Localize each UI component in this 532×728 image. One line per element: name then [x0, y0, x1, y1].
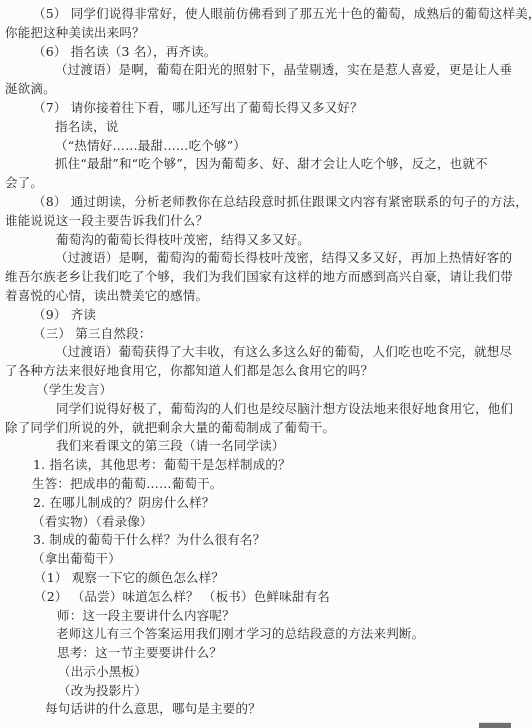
document-text-block: （5） 同学们说得非常好，使人眼前仿佛看到了那五光十色的葡萄，成熟后的葡萄这样美… — [0, 5, 532, 719]
text-line: 涎欲滴。 — [0, 80, 532, 99]
text-line: （7） 请你接着往下看，哪儿还写出了葡萄长得又多又好？ — [0, 99, 532, 118]
document-page: （5） 同学们说得非常好，使人眼前仿佛看到了那五光十色的葡萄，成熟后的葡萄这样美… — [0, 0, 532, 728]
text-line: 老师这儿有三个答案运用我们刚才学习的总结段意的方法来判断。 — [0, 625, 532, 644]
text-line: 了各种方法来很好地食用它，你都知道人们都是怎么食用它的吗？ — [0, 362, 532, 381]
text-line: 生答：把成串的葡萄……葡萄干。 — [0, 475, 532, 494]
text-line: （过渡语）是啊，葡萄在阳光的照射下，晶莹剔透，实在是惹人喜爱，更是让人垂 — [0, 61, 532, 80]
text-line: 会了。 — [0, 174, 532, 193]
text-line: 同学们说得好极了，葡萄沟的人们也是绞尽脑汁想方设法地来很好地食用它，他们 — [0, 400, 532, 419]
text-line: （看实物）（看录像） — [0, 513, 532, 532]
text-line: （“热情好……最甜……吃个够”） — [0, 137, 532, 156]
text-line: 1. 指名读，其他思考：葡萄干是怎样制成的？ — [0, 456, 532, 475]
text-line: （三） 第三自然段： — [0, 325, 532, 344]
text-line: 思考：这一节主要要讲什么？ — [0, 644, 532, 663]
text-line: （出示小黑板） — [0, 663, 532, 682]
text-line: 3. 制成的葡萄干什么样？为什么很有名？ — [0, 531, 532, 550]
text-line: 维吾尔族老乡让我们吃了个够，我们为我们国家有这样的地方而感到高兴自豪，请让我们带 — [0, 268, 532, 287]
text-line: （5） 同学们说得非常好，使人眼前仿佛看到了那五光十色的葡萄，成熟后的葡萄这样美… — [0, 5, 532, 24]
text-line: （过渡语）葡萄获得了大丰收，有这么多这么好的葡萄，人们吃也吃不完，就想尽 — [0, 343, 532, 362]
text-line: （过渡语）是啊，葡萄沟的葡萄长得枝叶茂密，结得又多又好，再加上热情好客的 — [0, 249, 532, 268]
text-line: 指名读，说 — [0, 118, 532, 137]
horizontal-scrollbar-thumb[interactable] — [479, 722, 511, 728]
text-line: 除了同学们所说的外，就把剩余大量的葡萄制成了葡萄干。 — [0, 419, 532, 438]
text-line: （9） 齐读 — [0, 306, 532, 325]
text-line: 葡萄沟的葡萄长得枝叶茂密，结得又多又好。 — [0, 231, 532, 250]
text-line: （学生发言） — [0, 381, 532, 400]
text-line: （改为投影片） — [0, 682, 532, 701]
text-line: （2） （品尝）味道怎么样？ （板书）色鲜味甜有名 — [0, 588, 532, 607]
text-line: （1） 观察一下它的颜色怎么样？ — [0, 569, 532, 588]
text-line: 抓住“最甜”和“吃个够”，因为葡萄多、好、甜才会让人吃个够，反之，也就不 — [0, 155, 532, 174]
text-line: （拿出葡萄干） — [0, 550, 532, 569]
text-line: （6） 指名读（3 名），再齐读。 — [0, 43, 532, 62]
text-line: （8） 通过朗读，分析老师教你在总结段意时抓住跟课文内容有紧密联系的句子的方法， — [0, 193, 532, 212]
text-line: 你能把这种美读出来吗？ — [0, 24, 532, 43]
text-line: 我们来看课文的第三段（请一名同学读） — [0, 437, 532, 456]
text-line: 谁能说说这一段主要告诉我们什么？ — [0, 212, 532, 231]
text-line: 每句话讲的什么意思，哪句是主要的？ — [0, 700, 532, 719]
text-line: 2. 在哪儿制成的？阴房什么样？ — [0, 494, 532, 513]
text-line: 着喜悦的心情，读出赞美它的感情。 — [0, 287, 532, 306]
text-line: 师：这一段主要讲什么内容呢？ — [0, 607, 532, 626]
